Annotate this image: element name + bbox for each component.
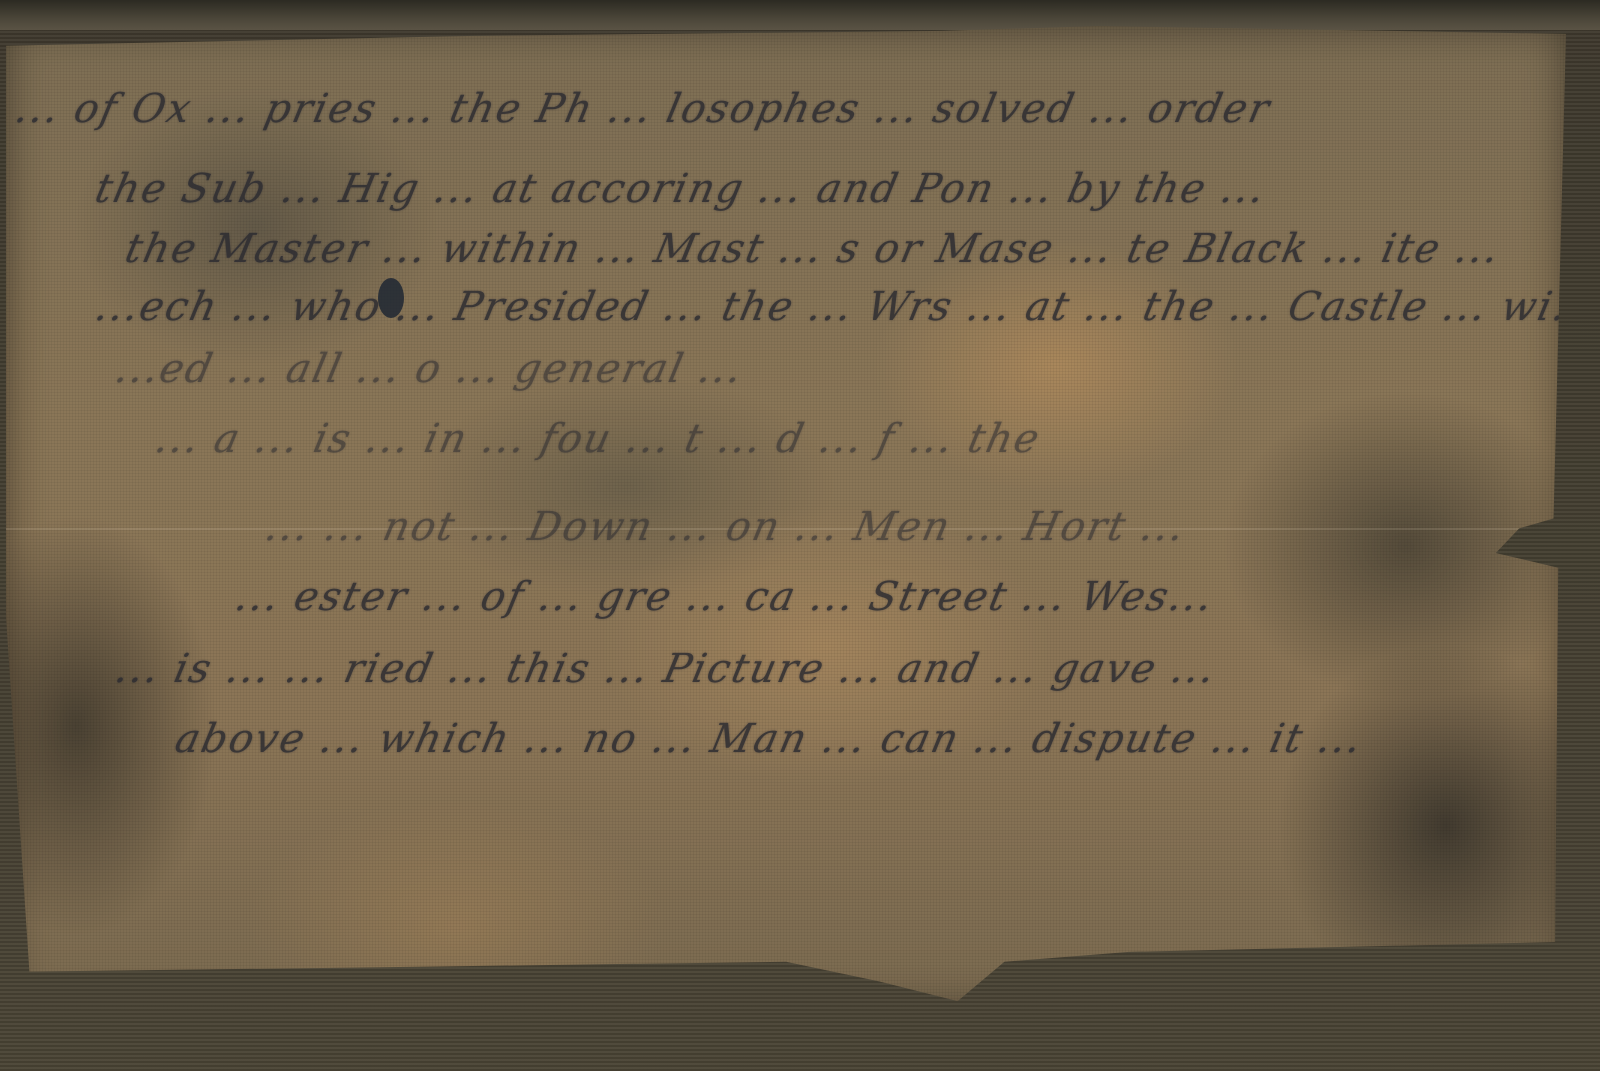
manuscript-line-7: ... ... not ... Down ... on ... Men ... … xyxy=(261,504,1190,550)
manuscript-line-2: the Sub ... Hig ... at accoring ... and … xyxy=(91,166,1270,212)
manuscript-line-8: ... ester ... of ... gre ... ca ... Stre… xyxy=(231,574,1218,620)
manuscript-line-10: above ... which ... no ... Man ... can .… xyxy=(171,716,1367,762)
manuscript-line-6: ... a ... is ... in ... fou ... t ... d … xyxy=(151,416,1045,462)
manuscript-page: ... of Ox ... pries ... the Ph ... losop… xyxy=(6,26,1566,1011)
manuscript-line-5: ...ed ... all ... o ... general ... xyxy=(111,346,748,392)
manuscript-line-9: ... is ... ... ried ... this ... Picture… xyxy=(111,646,1221,692)
manuscript-line-1: ... of Ox ... pries ... the Ph ... losop… xyxy=(11,86,1275,132)
manuscript-line-3: the Master ... within ... Mast ... s or … xyxy=(121,226,1505,272)
manuscript-line-4: ...ech ... who ... Presided ... the ... … xyxy=(91,284,1600,330)
frame-edge xyxy=(0,0,1600,30)
